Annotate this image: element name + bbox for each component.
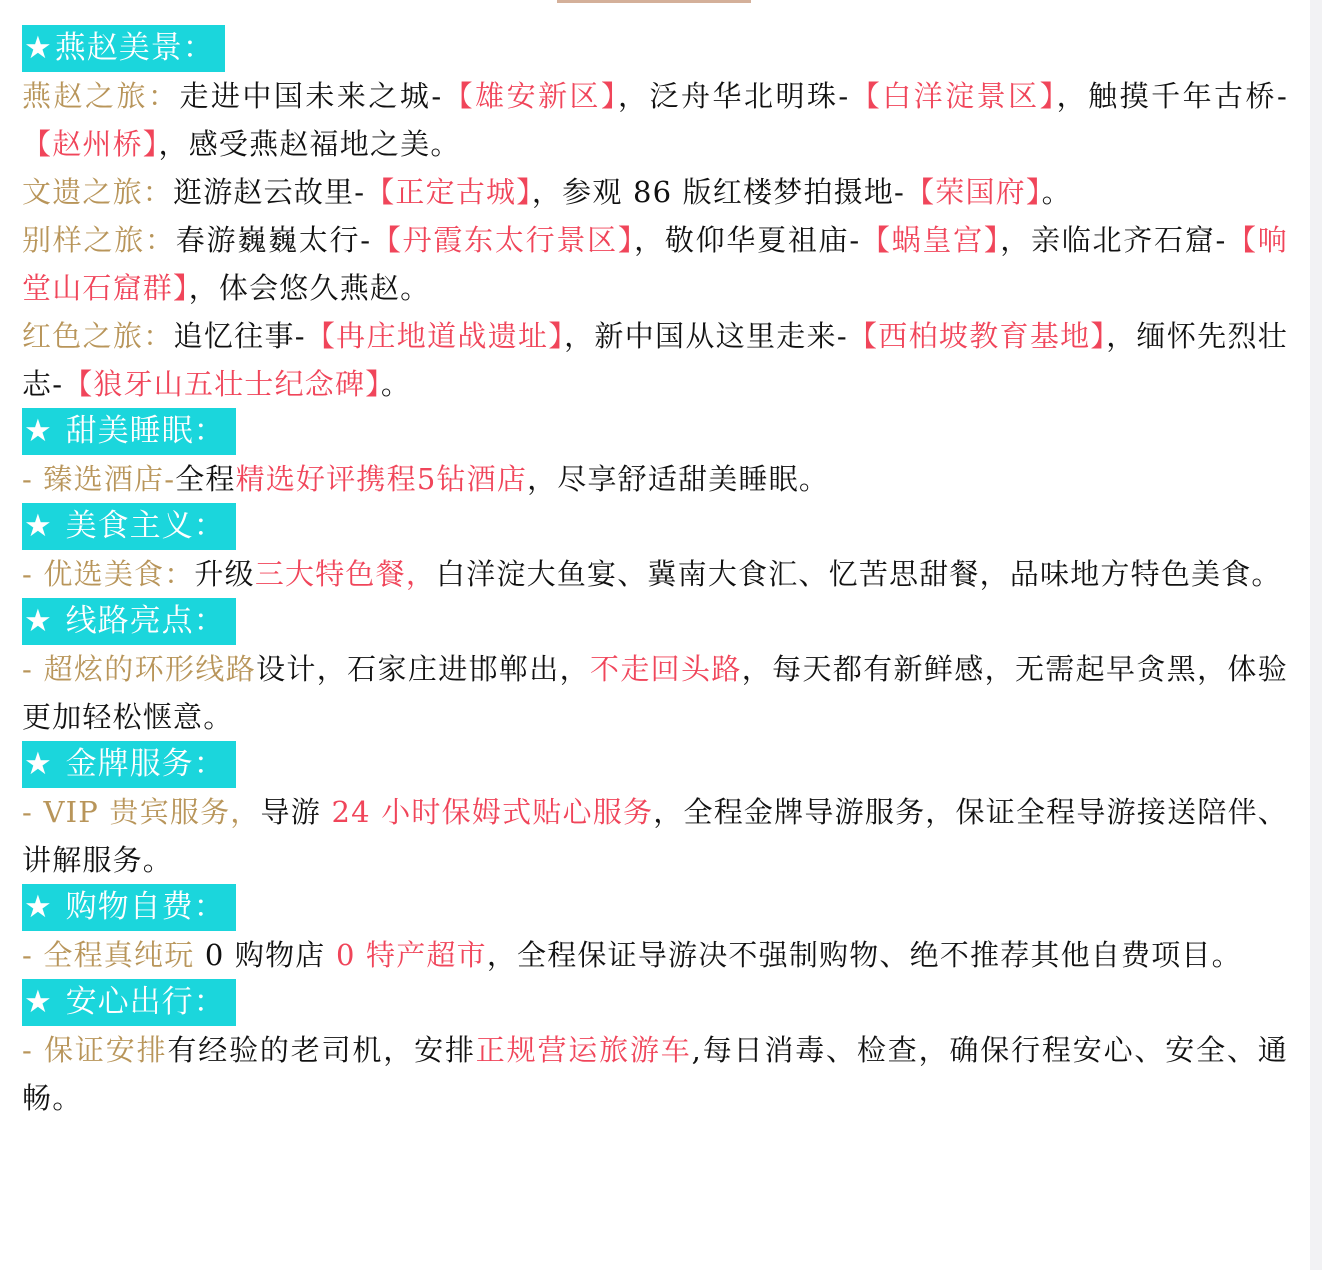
body-text: 追忆往事- <box>174 319 306 353</box>
highlight-text: 精选好评携程5钻酒店 <box>236 462 527 496</box>
feature-paragraph: 燕赵之旅：走进中国未来之城-【雄安新区】，泛舟华北明珠-【白洋淀景区】，触摸千年… <box>22 72 1288 168</box>
body-text: ，新中国从这里走来- <box>564 319 848 353</box>
top-decorative-bar <box>557 0 751 3</box>
highlight-text: 【白洋淀景区】 <box>849 79 1056 113</box>
body-text: 。 <box>381 367 411 401</box>
body-text: ，触摸千年古桥- <box>1057 79 1288 113</box>
highlight-text: 【雄安新区】 <box>442 79 618 113</box>
feature-paragraph: 别样之旅：春游巍巍太行-【丹霞东太行景区】，敬仰华夏祖庙-【蜗皇宫】，亲临北齐石… <box>22 216 1288 312</box>
feature-paragraph: 文遗之旅：逛游赵云故里-【正定古城】，参观 86 版红楼梦拍摄地-【荣国府】。 <box>22 168 1288 216</box>
section-title: 甜美睡眠： <box>55 413 226 449</box>
section-heading: ★ 线路亮点： <box>22 598 236 645</box>
feature-paragraph: 红色之旅：追忆往事-【冉庄地道战遗址】，新中国从这里走来-【西柏坡教育基地】，缅… <box>22 312 1288 408</box>
star-icon: ★ <box>24 889 53 925</box>
highlight-text: 不走回头路 <box>590 652 742 686</box>
body-text: ，参观 86 版红楼梦拍摄地- <box>532 175 905 209</box>
body-text: ，体会悠久燕赵。 <box>189 271 431 305</box>
feature-label: - 臻选酒店- <box>22 462 175 496</box>
highlight-text: 【丹霞东太行景区】 <box>371 223 634 257</box>
star-icon: ★ <box>24 603 53 639</box>
body-text: ，感受燕赵福地之美。 <box>159 127 461 161</box>
section-title: 美食主义： <box>55 508 226 544</box>
body-text: 全程 <box>175 462 235 496</box>
feature-label: 别样之旅： <box>22 223 176 257</box>
body-text: ，敬仰华夏祖庙- <box>634 223 860 257</box>
feature-paragraph: - 臻选酒店-全程精选好评携程5钻酒店，尽享舒适甜美睡眠。 <box>22 455 1288 503</box>
star-icon: ★ <box>24 30 53 66</box>
section-title: 购物自费： <box>55 889 226 925</box>
highlight-text: 24 小时保姆式贴心服务 <box>331 795 653 829</box>
feature-section: ★ 金牌服务：- VIP 贵宾服务，导游 24 小时保姆式贴心服务，全程金牌导游… <box>22 741 1288 884</box>
section-heading: ★ 安心出行： <box>22 979 236 1026</box>
feature-label: - 优选美食： <box>22 557 194 591</box>
feature-label: 文遗之旅： <box>22 175 173 209</box>
section-title: 线路亮点： <box>55 603 226 639</box>
feature-list: ★燕赵美景：燕赵之旅：走进中国未来之城-【雄安新区】，泛舟华北明珠-【白洋淀景区… <box>22 25 1288 1122</box>
feature-paragraph: - 全程真纯玩 0 购物店 0 特产超市，全程保证导游决不强制购物、绝不推荐其他… <box>22 931 1288 979</box>
highlight-text: 【蜗皇宫】 <box>860 223 1000 257</box>
feature-section: ★ 甜美睡眠：- 臻选酒店-全程精选好评携程5钻酒店，尽享舒适甜美睡眠。 <box>22 408 1288 503</box>
feature-paragraph: - VIP 贵宾服务，导游 24 小时保姆式贴心服务，全程金牌导游服务，保证全程… <box>22 788 1288 884</box>
feature-section: ★燕赵美景：燕赵之旅：走进中国未来之城-【雄安新区】，泛舟华北明珠-【白洋淀景区… <box>22 25 1288 408</box>
body-text: 0 购物店 <box>194 938 336 972</box>
feature-label: - 保证安排 <box>22 1033 167 1067</box>
body-text: ，亲临北齐石窟- <box>1000 223 1226 257</box>
feature-paragraph: - 超炫的环形线路设计，石家庄进邯郸出，不走回头路，每天都有新鲜感，无需起早贪黑… <box>22 645 1288 741</box>
body-text: 白洋淀大鱼宴、冀南大食汇、忆苦思甜餐，品味地方特色美食。 <box>436 557 1282 591</box>
section-heading: ★ 美食主义： <box>22 503 236 550</box>
section-title: 金牌服务： <box>55 746 226 782</box>
section-heading: ★燕赵美景： <box>22 25 225 72</box>
feature-section: ★ 购物自费：- 全程真纯玩 0 购物店 0 特产超市，全程保证导游决不强制购物… <box>22 884 1288 979</box>
highlight-text: 【冉庄地道战遗址】 <box>306 319 564 353</box>
body-text: 走进中国未来之城- <box>179 79 442 113</box>
section-heading: ★ 甜美睡眠： <box>22 408 236 455</box>
feature-paragraph: - 保证安排有经验的老司机，安排正规营运旅游车,每日消毒、检查，确保行程安心、安… <box>22 1026 1288 1122</box>
body-text: 。 <box>1042 175 1072 209</box>
highlight-text: 【狼牙山五壮士纪念碑】 <box>63 367 381 401</box>
highlight-text: 【荣国府】 <box>905 175 1042 209</box>
feature-label: 红色之旅： <box>22 319 174 353</box>
star-icon: ★ <box>24 413 53 449</box>
highlight-text: 0 特产超市 <box>336 938 487 972</box>
scrollbar-track[interactable] <box>1310 0 1322 1270</box>
section-title: 燕赵美景： <box>55 30 215 66</box>
feature-section: ★ 美食主义：- 优选美食：升级三大特色餐，白洋淀大鱼宴、冀南大食汇、忆苦思甜餐… <box>22 503 1288 598</box>
star-icon: ★ <box>24 746 53 782</box>
feature-section: ★ 安心出行：- 保证安排有经验的老司机，安排正规营运旅游车,每日消毒、检查，确… <box>22 979 1288 1122</box>
body-text: 升级 <box>194 557 254 591</box>
body-text: ，泛舟华北明珠- <box>618 79 849 113</box>
body-text: 设计，石家庄进邯郸出， <box>256 652 590 686</box>
highlight-text: 正规营运旅游车 <box>476 1033 692 1067</box>
feature-label: - 全程真纯玩 <box>22 938 194 972</box>
feature-section: ★ 线路亮点：- 超炫的环形线路设计，石家庄进邯郸出，不走回头路，每天都有新鲜感… <box>22 598 1288 741</box>
body-text: 导游 <box>261 795 332 829</box>
highlight-text: 三大特色餐， <box>255 557 436 591</box>
highlight-text: 【西柏坡教育基地】 <box>848 319 1106 353</box>
star-icon: ★ <box>24 984 53 1020</box>
section-title: 安心出行： <box>55 984 226 1020</box>
section-heading: ★ 金牌服务： <box>22 741 236 788</box>
section-heading: ★ 购物自费： <box>22 884 236 931</box>
star-icon: ★ <box>24 508 53 544</box>
feature-label: - 超炫的环形线路 <box>22 652 256 686</box>
feature-paragraph: - 优选美食：升级三大特色餐，白洋淀大鱼宴、冀南大食汇、忆苦思甜餐，品味地方特色… <box>22 550 1288 598</box>
body-text: ，尽享舒适甜美睡眠。 <box>527 462 829 496</box>
body-text: 有经验的老司机，安排 <box>167 1033 475 1067</box>
body-text: ，全程保证导游决不强制购物、绝不推荐其他自费项目。 <box>487 938 1242 972</box>
highlight-text: 【正定古城】 <box>365 175 532 209</box>
feature-label: 燕赵之旅： <box>22 79 179 113</box>
feature-label: - VIP 贵宾服务， <box>22 795 261 829</box>
body-text: 逛游赵云故里- <box>173 175 365 209</box>
highlight-text: 【赵州桥】 <box>22 127 159 161</box>
body-text: 春游巍巍太行- <box>176 223 372 257</box>
